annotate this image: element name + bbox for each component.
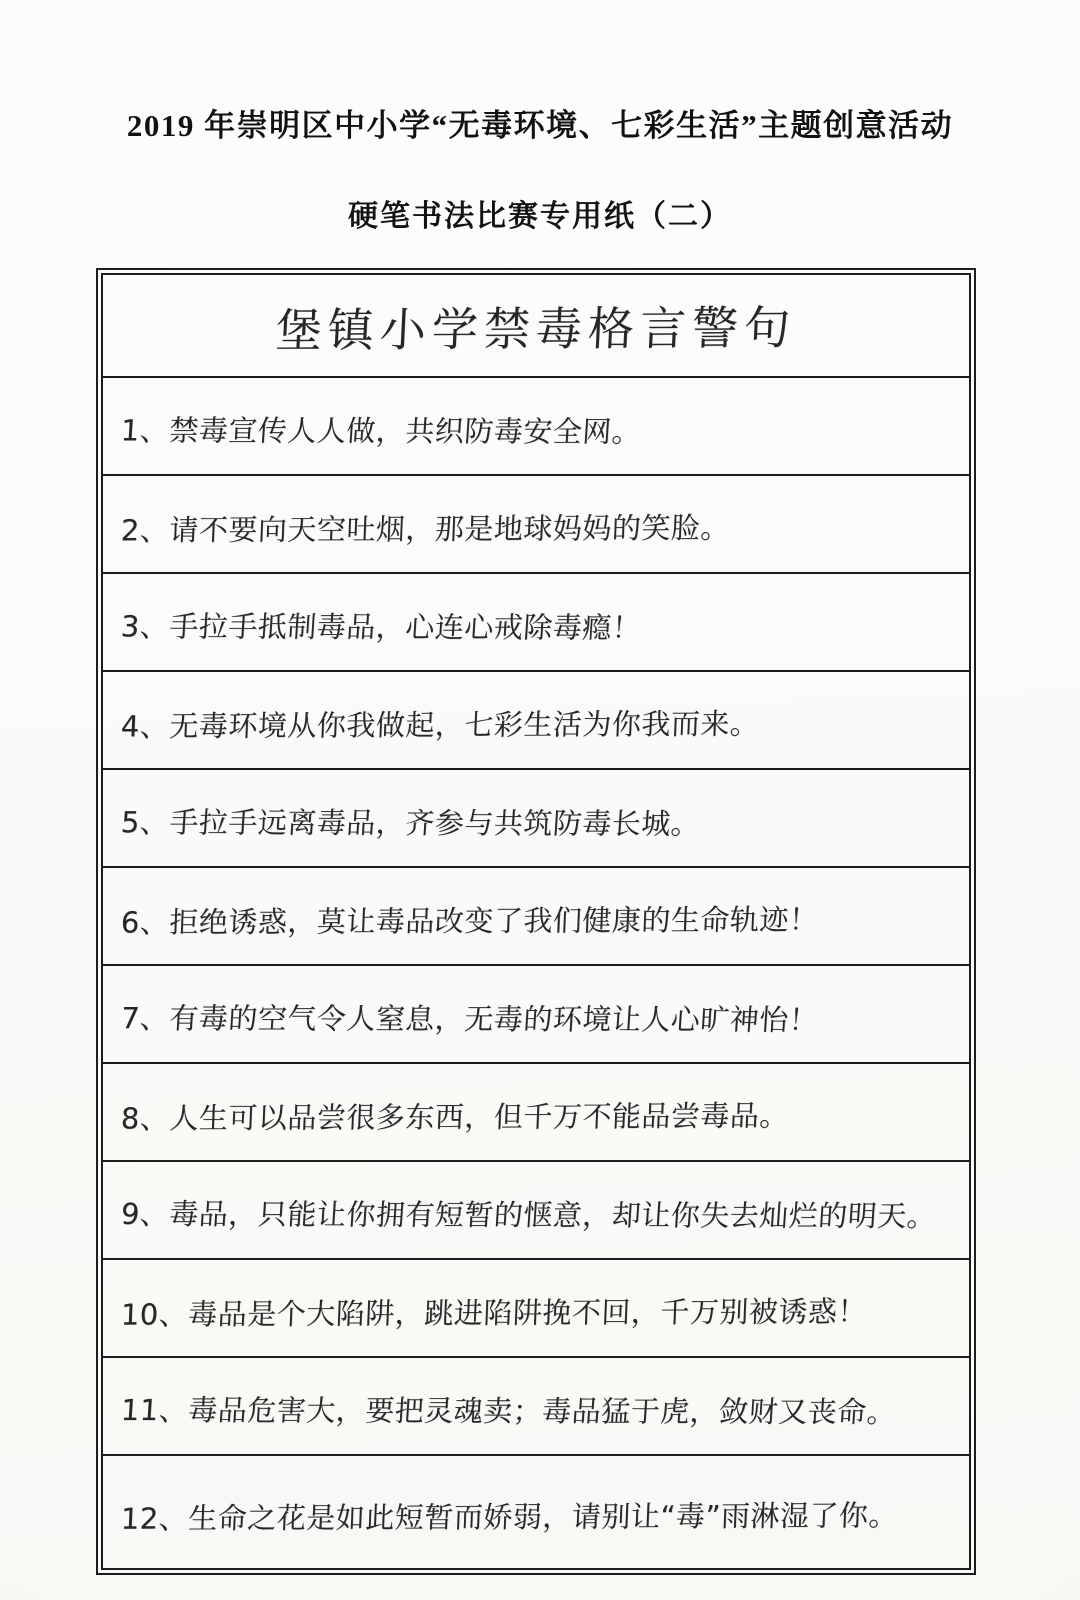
- maxim-row-9: 9、毒品，只能让你拥有短暂的惬意，却让你失去灿烂的明天。: [103, 1162, 969, 1260]
- maxim-text-3: 3、手拉手抵制毒品，心连心戒除毒瘾！: [120, 604, 643, 646]
- maxim-text-8: 8、人生可以品尝很多东西，但千万不能品尝毒品。: [120, 1093, 790, 1137]
- scanned-document-page: 2019 年崇明区中小学“无毒环境、七彩生活”主题创意活动 硬笔书法比赛专用纸（…: [0, 0, 1080, 1600]
- maxim-row-4: 4、无毒环境从你我做起，七彩生活为你我而来。: [103, 672, 969, 770]
- maxim-text-2: 2、请不要向天空吐烟，那是地球妈妈的笑脸。: [120, 505, 731, 549]
- maxim-text-7: 7、有毒的空气令人窒息，无毒的环境让人心旷神怡！: [120, 996, 820, 1039]
- maxims-table: 堡镇小学禁毒格言警句 1、禁毒宣传人人做，共织防毒安全网。 2、请不要向天空吐烟…: [96, 268, 976, 1575]
- maxim-text-12: 12、生命之花是如此短暂而娇弱，请别让“毒”雨淋湿了你。: [120, 1493, 899, 1537]
- maxim-row-12: 12、生命之花是如此短暂而娇弱，请别让“毒”雨淋湿了你。: [103, 1456, 969, 1568]
- maxim-text-10: 10、毒品是个大陷阱，跳进陷阱挽不回，千万别被诱惑！: [120, 1289, 868, 1333]
- table-title-row: 堡镇小学禁毒格言警句: [103, 275, 969, 378]
- maxim-row-1: 1、禁毒宣传人人做，共织防毒安全网。: [103, 378, 969, 476]
- maxim-text-1: 1、禁毒宣传人人做，共织防毒安全网。: [120, 408, 643, 450]
- maxim-row-10: 10、毒品是个大陷阱，跳进陷阱挽不回，千万别被诱惑！: [103, 1260, 969, 1358]
- maxim-row-5: 5、手拉手远离毒品，齐参与共筑防毒长城。: [103, 770, 969, 868]
- maxim-row-6: 6、拒绝诱惑，莫让毒品改变了我们健康的生命轨迹！: [103, 868, 969, 966]
- table-title-text: 堡镇小学禁毒格言警句: [274, 291, 797, 360]
- maxim-text-9: 9、毒品，只能让你拥有短暂的惬意，却让你失去灿烂的明天。: [120, 1191, 938, 1234]
- maxim-row-7: 7、有毒的空气令人窒息，无毒的环境让人心旷神怡！: [103, 966, 969, 1064]
- maxim-row-8: 8、人生可以品尝很多东西，但千万不能品尝毒品。: [103, 1064, 969, 1162]
- maxim-text-6: 6、拒绝诱惑，莫让毒品改变了我们健康的生命轨迹！: [120, 897, 819, 941]
- document-title: 2019 年崇明区中小学“无毒环境、七彩生活”主题创意活动: [0, 100, 1080, 145]
- maxim-text-4: 4、无毒环境从你我做起，七彩生活为你我而来。: [120, 701, 760, 745]
- maxims-table-inner: 堡镇小学禁毒格言警句 1、禁毒宣传人人做，共织防毒安全网。 2、请不要向天空吐烟…: [101, 273, 971, 1570]
- maxim-text-11: 11、毒品危害大，要把灵魂卖；毒品猛于虎，敛财又丧命。: [120, 1387, 898, 1430]
- document-subtitle: 硬笔书法比赛专用纸（二）: [0, 191, 1080, 235]
- maxim-text-5: 5、手拉手远离毒品，齐参与共筑防毒长城。: [120, 800, 702, 843]
- maxim-row-3: 3、手拉手抵制毒品，心连心戒除毒瘾！: [103, 574, 969, 672]
- maxim-row-2: 2、请不要向天空吐烟，那是地球妈妈的笑脸。: [103, 476, 969, 574]
- maxim-row-11: 11、毒品危害大，要把灵魂卖；毒品猛于虎，敛财又丧命。: [103, 1358, 969, 1456]
